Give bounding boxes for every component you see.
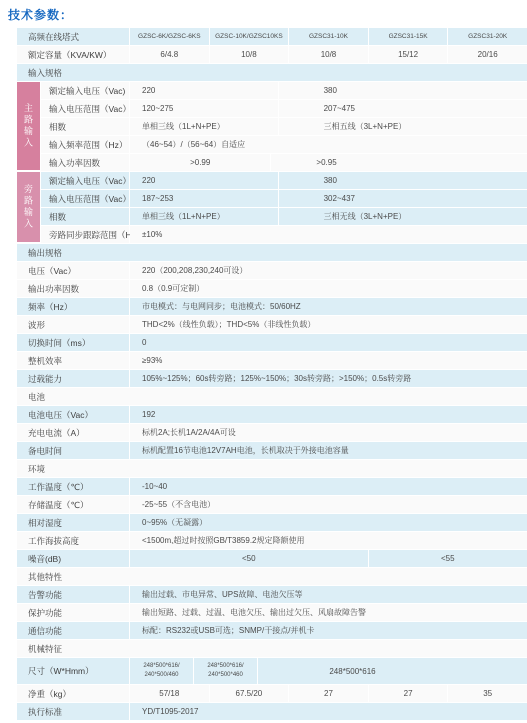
table-row: 噪音(dB)<50<55 <box>17 550 527 567</box>
row-cells: THD<2%（线性负载）；THD<5%（非线性负载） <box>130 316 527 333</box>
cell: 57/18 <box>130 685 209 702</box>
group-rows: 额定输入电压（Vac）220380输入电压范围（Vac）187~253302~4… <box>41 172 527 244</box>
table-row: 高频在线塔式GZSC-6K/GZSC-6KSGZSC-10K/GZSC10KSG… <box>17 28 527 45</box>
cell: -10~40 <box>130 478 527 495</box>
table-row: 通信功能标配：RS232或USB可选；SNMP/干接点/并机卡 <box>17 622 527 639</box>
row-label: 频率（Hz） <box>17 298 129 315</box>
cell: GZSC31-20K <box>448 28 527 45</box>
row-label: 电压（Vac） <box>17 262 129 279</box>
table-row: 电压（Vac）220（200,208,230,240可设） <box>17 262 527 279</box>
row-label: 输入功率因数 <box>41 154 129 171</box>
cell: 187~253 <box>130 190 278 207</box>
cell: 单相三线（1L+N+PE） <box>130 118 278 135</box>
cell: YD/T1095-2017 <box>130 703 527 720</box>
cell: GZSC-10K/GZSC10KS <box>210 28 289 45</box>
table-row: 输入功率因数>0.99>0.95 <box>41 154 527 171</box>
cell: ±10% <box>130 226 527 243</box>
cell: 220（200,208,230,240可设） <box>130 262 527 279</box>
row-label: 额定输入电压（Vac） <box>41 172 129 189</box>
row-label: 额定输入电压（Vac) <box>41 82 129 99</box>
group-label-main-input: 主路输入 <box>17 82 40 170</box>
row-label: 存储温度（℃） <box>17 496 129 513</box>
table-row: 输入电压范围（Vac）120~275207~475 <box>41 100 527 117</box>
row-cells: 248*500*616/ 240*500/460248*500*616/ 240… <box>130 658 527 684</box>
table-row: 波形THD<2%（线性负载）；THD<5%（非线性负载） <box>17 316 527 333</box>
cell: 10/8 <box>210 46 289 63</box>
row-label: 整机效率 <box>17 352 129 369</box>
cell: 0 <box>130 334 527 351</box>
section-row: 输入规格 <box>17 64 527 81</box>
section-row: 输出规格 <box>17 244 527 261</box>
row-cells: 0 <box>130 334 527 351</box>
row-cells: <1500m,超过时按照GB/T3859.2规定降额使用 <box>130 532 527 549</box>
row-label: 保护功能 <box>17 604 129 621</box>
section-label: 输出规格 <box>17 244 527 261</box>
table-row: 尺寸（W*Hmm）248*500*616/ 240*500/460248*500… <box>17 658 527 684</box>
row-cells: 220380 <box>130 172 527 189</box>
table-row: 工作温度（℃）-10~40 <box>17 478 527 495</box>
table-row: 频率（Hz）市电模式：与电网同步；电池模式：50/60HZ <box>17 298 527 315</box>
section-label: 其他特性 <box>17 568 527 585</box>
table-row: 额定容量（KVA/KW）6/4.810/810/815/1220/16 <box>17 46 527 63</box>
row-label: 相数 <box>41 208 129 225</box>
section-label: 环境 <box>17 460 527 477</box>
cell: 380 <box>279 172 527 189</box>
cell: -25~55（不含电池） <box>130 496 527 513</box>
row-cells: YD/T1095-2017 <box>130 703 527 720</box>
cell: 380 <box>279 82 527 99</box>
cell: 标配：RS232或USB可选；SNMP/干接点/并机卡 <box>130 622 527 639</box>
row-label: 噪音(dB) <box>17 550 129 567</box>
cell: 302~437 <box>279 190 527 207</box>
cell: 三相五线（3L+N+PE） <box>279 118 527 135</box>
table-row: 输出功率因数0.8（0.9可定制） <box>17 280 527 297</box>
row-cells: ±10% <box>130 226 527 243</box>
row-label: 高频在线塔式 <box>17 28 129 45</box>
table-row: 额定输入电压（Vac）220380 <box>41 172 527 189</box>
cell: 248*500*616/ 240*500/460 <box>130 658 193 684</box>
cell: （46~54）/（56~64）自适应 <box>130 136 527 153</box>
cell: 0~95%（无凝露） <box>130 514 527 531</box>
section-row: 环境 <box>17 460 527 477</box>
table-row: 充电电流（A）标机2A;长机1A/2A/4A可设 <box>17 424 527 441</box>
row-label: 工作海拔高度 <box>17 532 129 549</box>
row-label: 相对湿度 <box>17 514 129 531</box>
cell: 标机2A;长机1A/2A/4A可设 <box>130 424 527 441</box>
cell: 220 <box>130 82 278 99</box>
cell: 27 <box>289 685 368 702</box>
cell: GZSC31-10K <box>289 28 368 45</box>
cell: 248*500*616 <box>258 658 527 684</box>
row-cells: 输出短路、过载、过温、电池欠压、输出过欠压、风扇故障告警 <box>130 604 527 621</box>
row-cells: 市电模式：与电网同步；电池模式：50/60HZ <box>130 298 527 315</box>
table-row: 额定输入电压（Vac)220380 <box>41 82 527 99</box>
row-cells: （46~54）/（56~64）自适应 <box>130 136 527 153</box>
row-cells: 57/1867.5/20272735 <box>130 685 527 702</box>
cell: 105%~125%；60s转旁路；125%~150%；30s转旁路；>150%；… <box>130 370 527 387</box>
row-label: 尺寸（W*Hmm） <box>17 658 129 684</box>
cell: 67.5/20 <box>210 685 289 702</box>
row-label: 充电电流（A） <box>17 424 129 441</box>
cell: 单相三线（1L+N+PE） <box>130 208 278 225</box>
row-label: 净重（kg） <box>17 685 129 702</box>
cell: 10/8 <box>289 46 368 63</box>
row-cells: 120~275207~475 <box>130 100 527 117</box>
row-label: 工作温度（℃） <box>17 478 129 495</box>
cell: 20/16 <box>448 46 527 63</box>
cell: >0.95 <box>271 154 527 171</box>
cell: 市电模式：与电网同步；电池模式：50/60HZ <box>130 298 527 315</box>
table-row: 存储温度（℃）-25~55（不含电池） <box>17 496 527 513</box>
section-label: 输入规格 <box>17 64 527 81</box>
cell: 输出短路、过载、过温、电池欠压、输出过欠压、风扇故障告警 <box>130 604 527 621</box>
cell: 120~275 <box>130 100 278 117</box>
row-cells: 105%~125%；60s转旁路；125%~150%；30s转旁路；>150%；… <box>130 370 527 387</box>
table-row: 告警功能输出过载、市电异常、UPS故障、电池欠压等 <box>17 586 527 603</box>
row-cells: ≥93% <box>130 352 527 369</box>
table-row: 相对湿度0~95%（无凝露） <box>17 514 527 531</box>
section-label: 电池 <box>17 388 527 405</box>
cell: 207~475 <box>279 100 527 117</box>
table-row: 旁路同步跟踪范围（Hz）±10% <box>41 226 527 243</box>
row-cells: GZSC-6K/GZSC-6KSGZSC-10K/GZSC10KSGZSC31-… <box>130 28 527 45</box>
row-label: 备电时间 <box>17 442 129 459</box>
input-group-main: 主路输入额定输入电压（Vac)220380输入电压范围（Vac）120~2752… <box>17 82 527 172</box>
row-label: 执行标准 <box>17 703 129 720</box>
row-label: 过载能力 <box>17 370 129 387</box>
table-row: 执行标准YD/T1095-2017 <box>17 703 527 720</box>
cell: THD<2%（线性负载）；THD<5%（非线性负载） <box>130 316 527 333</box>
page-title: 技术参数： <box>0 0 527 28</box>
row-cells: 6/4.810/810/815/1220/16 <box>130 46 527 63</box>
row-cells: 0.8（0.9可定制） <box>130 280 527 297</box>
cell: 0.8（0.9可定制） <box>130 280 527 297</box>
table-row: 过载能力105%~125%；60s转旁路；125%~150%；30s转旁路；>1… <box>17 370 527 387</box>
row-cells: 输出过载、市电异常、UPS故障、电池欠压等 <box>130 586 527 603</box>
section-label: 机械特征 <box>17 640 527 657</box>
cell: <50 <box>130 550 368 567</box>
cell: 6/4.8 <box>130 46 209 63</box>
table-row: 工作海拔高度<1500m,超过时按照GB/T3859.2规定降额使用 <box>17 532 527 549</box>
cell: 192 <box>130 406 527 423</box>
cell: >0.99 <box>130 154 270 171</box>
section-row: 电池 <box>17 388 527 405</box>
section-row: 机械特征 <box>17 640 527 657</box>
spec-table: 高频在线塔式GZSC-6K/GZSC-6KSGZSC-10K/GZSC10KSG… <box>17 28 527 720</box>
table-row: 净重（kg）57/1867.5/20272735 <box>17 685 527 702</box>
row-cells: 192 <box>130 406 527 423</box>
group-rows: 额定输入电压（Vac)220380输入电压范围（Vac）120~275207~4… <box>41 82 527 172</box>
row-label: 相数 <box>41 118 129 135</box>
cell: 220 <box>130 172 278 189</box>
row-cells: -10~40 <box>130 478 527 495</box>
row-label: 输入频率范围（Hz） <box>41 136 129 153</box>
row-label: 电池电压（Vac） <box>17 406 129 423</box>
row-cells: 220380 <box>130 82 527 99</box>
cell: 248*500*616/ 240*500*460 <box>194 658 257 684</box>
group-label-bypass-input: 旁路输入 <box>17 172 40 242</box>
row-label: 告警功能 <box>17 586 129 603</box>
cell: ≥93% <box>130 352 527 369</box>
cell: 标机配置16节电池12V7AH电池，长机取决于外接电池容量 <box>130 442 527 459</box>
cell: GZSC-6K/GZSC-6KS <box>130 28 209 45</box>
row-label: 通信功能 <box>17 622 129 639</box>
row-label: 额定容量（KVA/KW） <box>17 46 129 63</box>
table-row: 切换时间（ms）0 <box>17 334 527 351</box>
cell: <1500m,超过时按照GB/T3859.2规定降额使用 <box>130 532 527 549</box>
row-cells: -25~55（不含电池） <box>130 496 527 513</box>
table-row: 备电时间标机配置16节电池12V7AH电池，长机取决于外接电池容量 <box>17 442 527 459</box>
row-label: 输出功率因数 <box>17 280 129 297</box>
row-label: 旁路同步跟踪范围（Hz） <box>41 226 129 243</box>
row-cells: 0~95%（无凝露） <box>130 514 527 531</box>
cell: <55 <box>369 550 527 567</box>
cell: 35 <box>448 685 527 702</box>
row-label: 波形 <box>17 316 129 333</box>
row-cells: 标机2A;长机1A/2A/4A可设 <box>130 424 527 441</box>
row-cells: <50<55 <box>130 550 527 567</box>
row-cells: 187~253302~437 <box>130 190 527 207</box>
row-cells: 单相三线（1L+N+PE）三相无线（3L+N+PE） <box>130 208 527 225</box>
row-cells: 标机配置16节电池12V7AH电池，长机取决于外接电池容量 <box>130 442 527 459</box>
cell: GZSC31-15K <box>369 28 448 45</box>
row-label: 输入电压范围（Vac） <box>41 100 129 117</box>
cell: 27 <box>369 685 448 702</box>
section-row: 其他特性 <box>17 568 527 585</box>
row-cells: 220（200,208,230,240可设） <box>130 262 527 279</box>
table-row: 输入电压范围（Vac）187~253302~437 <box>41 190 527 207</box>
table-row: 保护功能输出短路、过载、过温、电池欠压、输出过欠压、风扇故障告警 <box>17 604 527 621</box>
row-cells: 标配：RS232或USB可选；SNMP/干接点/并机卡 <box>130 622 527 639</box>
table-row: 相数单相三线（1L+N+PE）三相五线（3L+N+PE） <box>41 118 527 135</box>
row-label: 输入电压范围（Vac） <box>41 190 129 207</box>
cell: 三相无线（3L+N+PE） <box>279 208 527 225</box>
row-cells: 单相三线（1L+N+PE）三相五线（3L+N+PE） <box>130 118 527 135</box>
input-group-bypass: 旁路输入额定输入电压（Vac）220380输入电压范围（Vac）187~2533… <box>17 172 527 244</box>
table-row: 电池电压（Vac）192 <box>17 406 527 423</box>
row-label: 切换时间（ms） <box>17 334 129 351</box>
table-row: 整机效率≥93% <box>17 352 527 369</box>
row-cells: >0.99>0.95 <box>130 154 527 171</box>
cell: 输出过载、市电异常、UPS故障、电池欠压等 <box>130 586 527 603</box>
table-row: 相数单相三线（1L+N+PE）三相无线（3L+N+PE） <box>41 208 527 225</box>
table-row: 输入频率范围（Hz）（46~54）/（56~64）自适应 <box>41 136 527 153</box>
cell: 15/12 <box>369 46 448 63</box>
